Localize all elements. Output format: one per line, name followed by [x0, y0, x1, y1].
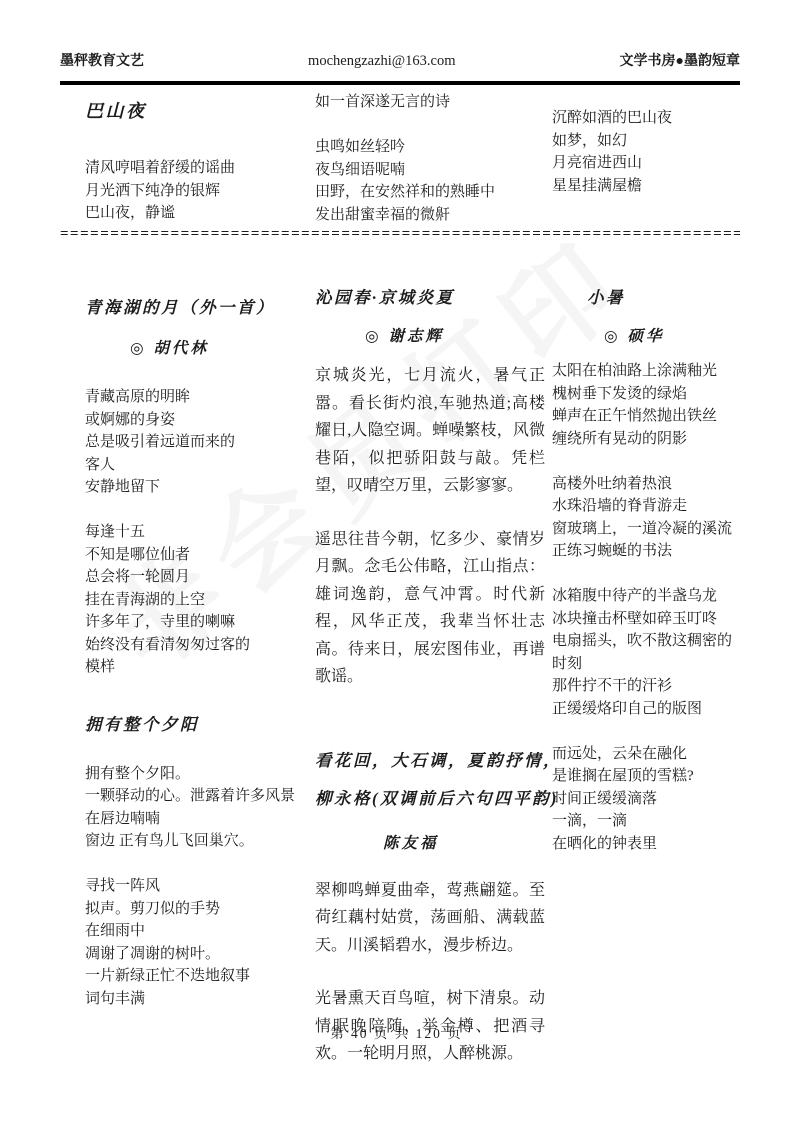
- poem-line: [552, 563, 740, 586]
- poem-line: 如一首深遂无言的诗: [315, 91, 545, 114]
- header-left-title: 墨秤教育文艺: [60, 50, 144, 70]
- poem-title-kanhuahui-line1: 看花回，大石调，夏韵抒情，: [315, 747, 545, 771]
- section1-right-column: 沉醉如酒的巴山夜如梦，如幻月亮宿进西山星星挂满屋檐: [547, 85, 740, 226]
- section-2: 青海湖的月（外一首） ◎ 胡代林 青藏高原的明眸或婀娜的身姿总是吸引着远道而来的…: [60, 242, 740, 1068]
- poem-line: [85, 853, 305, 876]
- poem-line: 星星挂满屋檐: [552, 175, 740, 198]
- poem-line: 清风哼唱着舒缓的谣曲: [85, 157, 305, 180]
- section1-middle-column: 如一首深遂无言的诗 虫鸣如丝轻吟夜鸟细语呢喃田野，在安然祥和的熟睡中发出甜蜜幸福…: [315, 85, 547, 226]
- poem-line: 一片新绿正忙不迭地叙事: [85, 965, 305, 988]
- qinyuanchun-paragraph-1: 京城炎光，七月流火，暑气正嚣。看长街灼浪,车驰热道;高楼耀日,人隐空调。蝉噪繁枝…: [315, 362, 545, 500]
- poem-line: 总是吸引着远道而来的: [85, 431, 305, 454]
- equals-divider: ========================================…: [60, 226, 740, 242]
- poem-line: 在晒化的钟表里: [552, 833, 740, 856]
- section2-right-column: 小暑 ◎ 硕华 太阳在柏油路上涂满釉光槐树垂下发烫的绿焰蝉声在正午悄然抛出铁丝缠…: [547, 242, 740, 1068]
- poem-line: 蝉声在正午悄然抛出铁丝: [552, 405, 740, 428]
- poem-line: 月亮宿进西山: [552, 152, 740, 175]
- poem-line: 是谁搁在屋顶的雪糕?: [552, 765, 740, 788]
- poem-author-xiezhihui: ◎ 谢志辉: [315, 324, 545, 346]
- poem-line: 客人: [85, 454, 305, 477]
- poem-line: 那件拧不干的汗衫: [552, 675, 740, 698]
- poem-line: 冰箱腹中待产的半盏乌龙: [552, 585, 740, 608]
- poem-line: 总会将一轮圆月: [85, 566, 305, 589]
- poem-line: 缠绕所有晃动的阴影: [552, 428, 740, 451]
- poem-line: [552, 720, 740, 743]
- poem-line: 正练习蜿蜒的书法: [552, 540, 740, 563]
- kanhuahui-paragraph-1: 翠柳鸣蝉夏曲牵，莺燕翩筵。至荷红藕村姑赏，荡画船、满载蓝天。川溪韬碧水，漫步桥边…: [315, 877, 545, 960]
- poem-line: 窗玻璃上，一道冷凝的溪流: [552, 518, 740, 541]
- poem-line: 挂在青海湖的上空: [85, 589, 305, 612]
- poem-line: 寻找一阵风: [85, 875, 305, 898]
- poem-line: 在唇边喃喃: [85, 808, 305, 831]
- poem-line: 或婀娜的身姿: [85, 409, 305, 432]
- poem-author-hudailin: ◎ 胡代林: [85, 336, 305, 358]
- page-number-indicator: 第 40 页 共 120 页: [0, 1022, 793, 1042]
- poem-xiaoshu-body: 太阳在柏油路上涂满釉光槐树垂下发烫的绿焰蝉声在正午悄然抛出铁丝缠绕所有晃动的阴影…: [552, 360, 740, 855]
- poem-line: [552, 450, 740, 473]
- poem-title-qinyuanchun: 沁园春·京城炎夏: [315, 284, 545, 308]
- poem-author-chenyoufu: 陈友福: [315, 831, 545, 853]
- poem-line: 青藏高原的明眸: [85, 386, 305, 409]
- poem-line: 虫鸣如丝轻吟: [315, 136, 545, 159]
- poem-line: 月光洒下纯净的银辉: [85, 180, 305, 203]
- poem-line: 词句丰满: [85, 988, 305, 1011]
- poem-line: 一颗驿动的心。泄露着许多风景: [85, 785, 305, 808]
- page-header: 墨秤教育文艺 mochengzazhi@163.com 文学书房●墨韵短章: [60, 0, 740, 70]
- poem-author-shuohua: ◎ 硕华: [552, 324, 740, 346]
- poem-line: 在细雨中: [85, 920, 305, 943]
- poem-line: [85, 499, 305, 522]
- document-page: 非会员打印 墨秤教育文艺 mochengzazhi@163.com 文学书房●墨…: [0, 0, 793, 1122]
- poem-bashanye-stanza: 清风哼唱着舒缓的谣曲月光洒下纯净的银辉巴山夜，静谧: [85, 157, 305, 225]
- poem-line: 田野，在安然祥和的熟睡中: [315, 181, 545, 204]
- poem-line: 而远处，云朵在融化: [552, 743, 740, 766]
- page-content: 墨秤教育文艺 mochengzazhi@163.com 文学书房●墨韵短章 巴山…: [0, 0, 793, 1068]
- poem-line: 每逢十五: [85, 521, 305, 544]
- poem-line: 拟声。剪刀似的手势: [85, 898, 305, 921]
- header-email: mochengzazhi@163.com: [308, 53, 455, 70]
- poem-yongyou-xiyang-body: 拥有整个夕阳。一颗驿动的心。泄露着许多风景在唇边喃喃窗边 正有鸟儿飞回巢穴。 寻…: [85, 763, 305, 1011]
- qinyuanchun-paragraph-2: 遥思往昔今朝，忆多少、豪情岁月飘。念毛公伟略，江山指点：雄词逸韵，意气冲霄。时代…: [315, 526, 545, 691]
- poem-line: 如梦，如幻: [552, 130, 740, 153]
- poem-bashanye-final-stanza: 沉醉如酒的巴山夜如梦，如幻月亮宿进西山星星挂满屋檐: [552, 107, 740, 197]
- section2-left-column: 青海湖的月（外一首） ◎ 胡代林 青藏高原的明眸或婀娜的身姿总是吸引着远道而来的…: [60, 242, 315, 1068]
- poem-line: 沉醉如酒的巴山夜: [552, 107, 740, 130]
- poem-line: 安静地留下: [85, 476, 305, 499]
- poem-qinghaihu-body: 青藏高原的明眸或婀娜的身姿总是吸引着远道而来的客人安静地留下 每逢十五不知是哪位…: [85, 386, 305, 679]
- poem-line: 水珠沿墙的脊背游走: [552, 495, 740, 518]
- poem-line: 时刻: [552, 653, 740, 676]
- poem-line: 夜鸟细语呢喃: [315, 159, 545, 182]
- poem-line: 模样: [85, 656, 305, 679]
- poem-title-kanhuahui-line2: 柳永格(双调前后六句四平韵): [315, 785, 545, 809]
- poem-line: 始终没有看清匆匆过客的: [85, 634, 305, 657]
- poem-line: 凋谢了凋谢的树叶。: [85, 943, 305, 966]
- poem-line: 许多年了，寺里的喇嘛: [85, 611, 305, 634]
- poem-line: 一滴，一滴: [552, 810, 740, 833]
- poem-bashanye-continued: 如一首深遂无言的诗 虫鸣如丝轻吟夜鸟细语呢喃田野，在安然祥和的熟睡中发出甜蜜幸福…: [315, 91, 545, 226]
- poem-line: 电扇摇头，吹不散这稠密的: [552, 630, 740, 653]
- poem-line: 时间正缓缓滴落: [552, 788, 740, 811]
- poem-line: 太阳在柏油路上涂满釉光: [552, 360, 740, 383]
- poem-line: [315, 114, 545, 137]
- header-right-title: 文学书房●墨韵短章: [620, 50, 740, 70]
- section2-middle-column: 沁园春·京城炎夏 ◎ 谢志辉 京城炎光，七月流火，暑气正嚣。看长街灼浪,车驰热道…: [315, 242, 547, 1068]
- poem-line: 窗边 正有鸟儿飞回巢穴。: [85, 830, 305, 853]
- poem-line: 不知是哪位仙者: [85, 544, 305, 567]
- poem-subtitle-yongyou-xiyang: 拥有整个夕阳: [85, 711, 305, 735]
- poem-line: 拥有整个夕阳。: [85, 763, 305, 786]
- poem-line: 槐树垂下发烫的绿焰: [552, 383, 740, 406]
- poem-title-xiaoshu: 小暑: [552, 284, 740, 308]
- poem-title-qinghaihu: 青海湖的月（外一首）: [85, 294, 305, 318]
- poem-title-bashanye: 巴山夜: [85, 97, 305, 123]
- poem-line: 冰块撞击杯壁如碎玉叮咚: [552, 608, 740, 631]
- poem-line: 巴山夜，静谧: [85, 202, 305, 225]
- section-1: 巴山夜 清风哼唱着舒缓的谣曲月光洒下纯净的银辉巴山夜，静谧 如一首深遂无言的诗 …: [60, 85, 740, 226]
- poem-line: 正缓缓烙印自己的版图: [552, 698, 740, 721]
- section1-left-column: 巴山夜 清风哼唱着舒缓的谣曲月光洒下纯净的银辉巴山夜，静谧: [60, 85, 315, 226]
- poem-line: 发出甜蜜幸福的微鼾: [315, 204, 545, 227]
- poem-line: 高楼外吐纳着热浪: [552, 473, 740, 496]
